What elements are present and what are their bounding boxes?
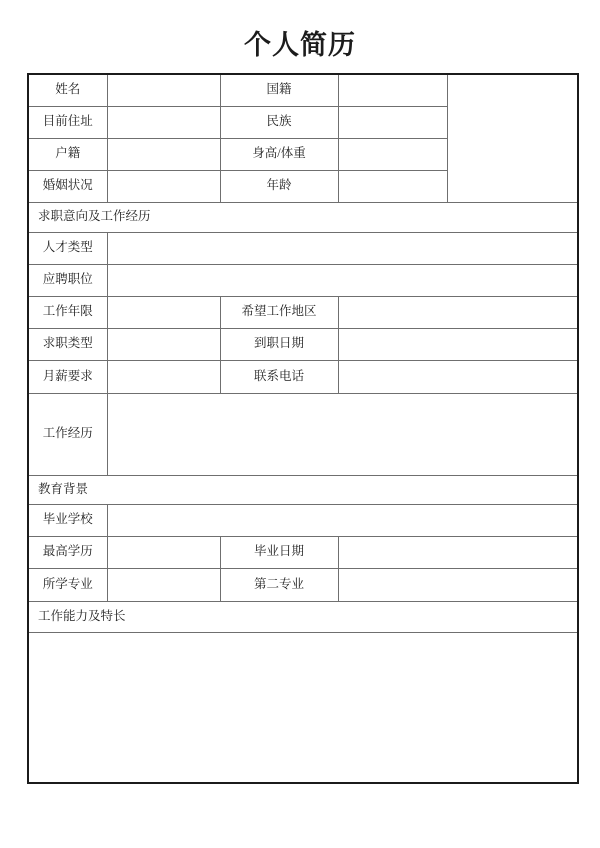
ethnicity-label: 民族 — [220, 106, 338, 138]
major-studied-label: 所学专业 — [28, 568, 107, 601]
start-date-field[interactable] — [338, 328, 578, 360]
position-applied-label: 应聘职位 — [28, 264, 107, 296]
nationality-field[interactable] — [338, 74, 447, 106]
table-row: 毕业学校 — [28, 504, 578, 536]
marital-status-field[interactable] — [107, 170, 220, 202]
age-field[interactable] — [338, 170, 447, 202]
job-seeking-type-label: 求职类型 — [28, 328, 107, 360]
age-label: 年龄 — [220, 170, 338, 202]
graduate-school-label: 毕业学校 — [28, 504, 107, 536]
table-row: 应聘职位 — [28, 264, 578, 296]
table-row: 工作年限 希望工作地区 — [28, 296, 578, 328]
monthly-salary-field[interactable] — [107, 360, 220, 393]
table-row: 工作能力及特长 — [28, 601, 578, 632]
skills-section-header: 工作能力及特长 — [28, 601, 578, 632]
work-years-label: 工作年限 — [28, 296, 107, 328]
nationality-label: 国籍 — [220, 74, 338, 106]
skills-content-field[interactable] — [28, 632, 578, 783]
current-address-field[interactable] — [107, 106, 220, 138]
table-row: 所学专业 第二专业 — [28, 568, 578, 601]
contact-phone-field[interactable] — [338, 360, 578, 393]
table-row: 工作经历 — [28, 393, 578, 475]
contact-phone-label: 联系电话 — [220, 360, 338, 393]
photo-area[interactable] — [447, 74, 578, 202]
table-row: 教育背景 — [28, 475, 578, 504]
page-title: 个人简历 — [0, 30, 600, 60]
highest-degree-label: 最高学历 — [28, 536, 107, 568]
second-major-label: 第二专业 — [220, 568, 338, 601]
monthly-salary-label: 月薪要求 — [28, 360, 107, 393]
position-applied-field[interactable] — [107, 264, 578, 296]
talent-type-label: 人才类型 — [28, 232, 107, 264]
table-row — [28, 632, 578, 783]
table-row: 月薪要求 联系电话 — [28, 360, 578, 393]
ethnicity-field[interactable] — [338, 106, 447, 138]
current-address-label: 目前住址 — [28, 106, 107, 138]
graduation-date-label: 毕业日期 — [220, 536, 338, 568]
graduation-date-field[interactable] — [338, 536, 578, 568]
household-registration-field[interactable] — [107, 138, 220, 170]
start-date-label: 到职日期 — [220, 328, 338, 360]
desired-work-region-label: 希望工作地区 — [220, 296, 338, 328]
name-field[interactable] — [107, 74, 220, 106]
table-row: 求职类型 到职日期 — [28, 328, 578, 360]
education-section-header: 教育背景 — [28, 475, 578, 504]
highest-degree-field[interactable] — [107, 536, 220, 568]
job-seeking-type-field[interactable] — [107, 328, 220, 360]
work-years-field[interactable] — [107, 296, 220, 328]
graduate-school-field[interactable] — [107, 504, 578, 536]
desired-work-region-field[interactable] — [338, 296, 578, 328]
table-row: 最高学历 毕业日期 — [28, 536, 578, 568]
household-registration-label: 户籍 — [28, 138, 107, 170]
table-row: 人才类型 — [28, 232, 578, 264]
height-weight-label: 身高/体重 — [220, 138, 338, 170]
second-major-field[interactable] — [338, 568, 578, 601]
table-row: 求职意向及工作经历 — [28, 202, 578, 232]
marital-status-label: 婚姻状况 — [28, 170, 107, 202]
talent-type-field[interactable] — [107, 232, 578, 264]
work-experience-field[interactable] — [107, 393, 578, 475]
resume-table: 姓名 国籍 目前住址 民族 户籍 身高/体重 婚姻状况 年龄 求职意向及工作经历 — [27, 73, 579, 784]
table-row: 姓名 国籍 — [28, 74, 578, 106]
name-label: 姓名 — [28, 74, 107, 106]
major-studied-field[interactable] — [107, 568, 220, 601]
work-experience-label: 工作经历 — [28, 393, 107, 475]
job-intention-section-header: 求职意向及工作经历 — [28, 202, 578, 232]
height-weight-field[interactable] — [338, 138, 447, 170]
